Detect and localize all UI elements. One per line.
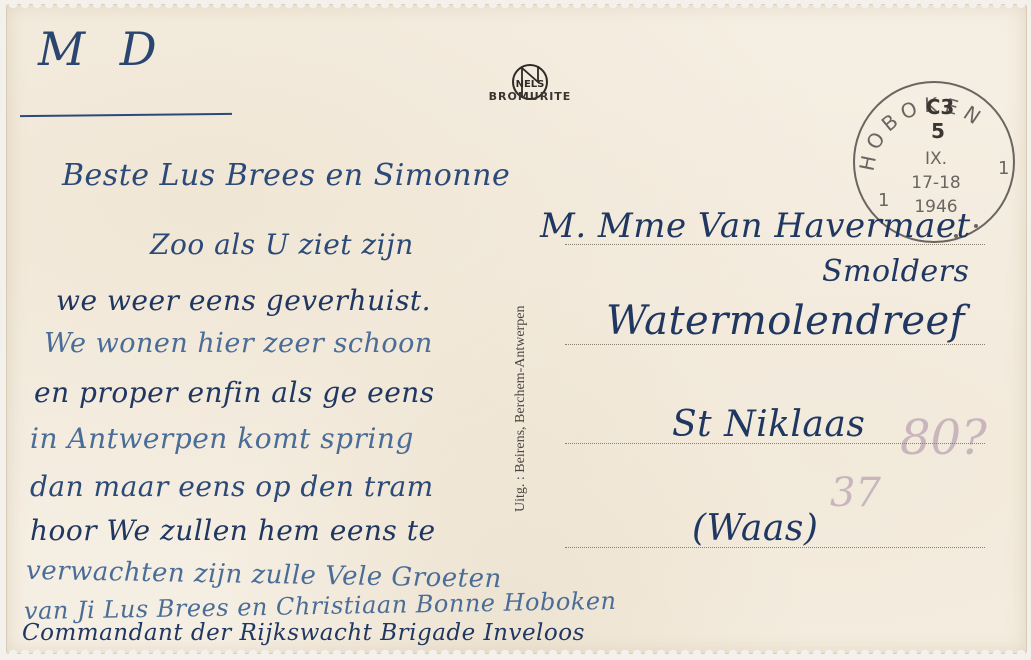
logo-emblem-text: NELS [516, 79, 545, 90]
message-line-4: en proper enfin als ge eens [34, 376, 435, 409]
deckle-edge-bottom [7, 648, 1026, 654]
address-city: St Niklaas [672, 404, 865, 445]
message-line-7: hoor We zullen hem eens te [30, 514, 436, 547]
deckle-edge-top [7, 4, 1026, 10]
postmark-top-mark: C3 [926, 95, 955, 119]
pencil-note-1: 37 [830, 470, 881, 516]
handwritten-initials: M D [38, 22, 167, 76]
address-recipient-surname: Smolders [822, 254, 969, 289]
svg-text:HOBOKEN: HOBOKEN [854, 93, 989, 173]
message-line-10: Commandant der Rijkswacht Brigade Invelo… [22, 620, 585, 646]
nels-logo-icon: NELS [478, 58, 582, 118]
postmark-town: HOBOKEN [854, 93, 989, 173]
pencil-note-2: 80? [900, 410, 987, 466]
logo-brand-text: BROMURITE [480, 90, 580, 103]
publisher-credit: Uitg. : Beirens, Berchem-Antwerpen [513, 306, 529, 512]
postmark-day: 5 [931, 119, 945, 143]
postmark-right-number: 1 [998, 158, 1009, 179]
postmark-month: IX. [925, 149, 947, 169]
postmark-hours: 17-18 [911, 173, 960, 193]
message-line-1: Zoo als U ziet zijn [150, 228, 414, 261]
message-greeting: Beste Lus Brees en Simonne [62, 158, 510, 193]
message-line-2: we weer eens geverhuist. [56, 284, 431, 317]
address-region: (Waas) [692, 508, 818, 549]
message-line-5: in Antwerpen komt spring [30, 422, 414, 455]
address-street: Watermolendreef [606, 298, 965, 344]
address-dotted-line-2 [565, 344, 985, 345]
message-line-6: dan maar eens op den tram [30, 470, 434, 503]
address-recipient: M. Mme Van Havermaet [540, 206, 971, 246]
message-line-3: We wonen hier zeer schoon [44, 328, 433, 359]
